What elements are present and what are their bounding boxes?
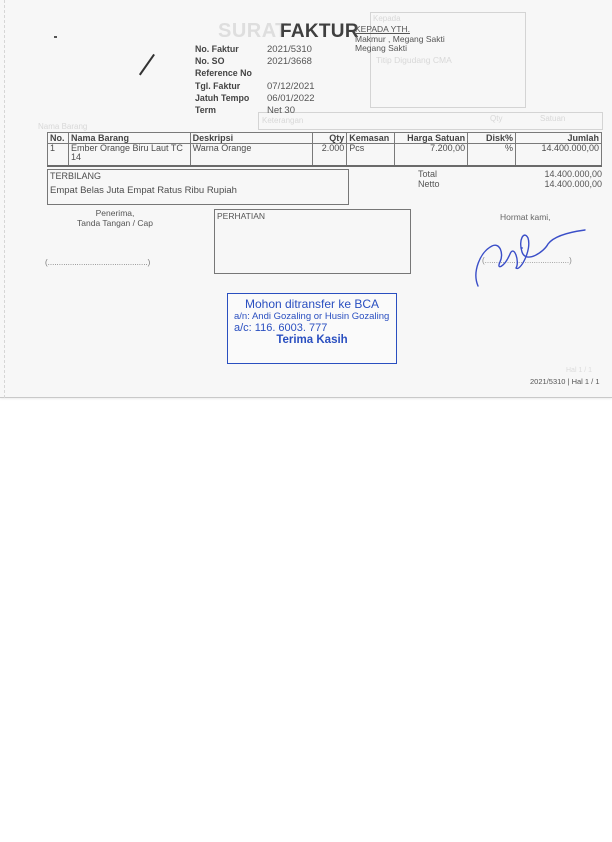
total-value: 14.400.000,00 — [544, 169, 602, 179]
cell-kemasan: Pcs — [347, 144, 395, 166]
meta-no-faktur: No. Faktur 2021/5310 — [195, 44, 315, 56]
cell-deskripsi: Warna Orange — [190, 144, 313, 166]
netto-row: Netto 14.400.000,00 — [418, 179, 602, 189]
ghost-gudang: Titip Digudang CMA — [376, 55, 452, 65]
meta-no-so: No. SO 2021/3668 — [195, 56, 315, 68]
meta-term: Term Net 30 — [195, 105, 315, 117]
col-header-jumlah: Jumlah — [516, 133, 602, 144]
col-header-qty: Qty — [313, 133, 347, 144]
stamp-account-name: a/n: Andi Gozaling or Husin Gozaling — [228, 311, 396, 322]
meta-value: Net 30 — [267, 105, 295, 117]
netto-label: Netto — [418, 179, 440, 189]
paper-edge — [4, 0, 5, 398]
total-row: Total 14.400.000,00 — [418, 169, 602, 179]
terbilang-words: Empat Belas Juta Empat Ratus Ribu Rupiah — [50, 185, 346, 196]
meta-label: Jatuh Tempo — [195, 93, 262, 105]
hormat-kami-label: Hormat kami, — [500, 212, 551, 222]
stamp-line-1: Mohon ditransfer ke BCA — [228, 297, 396, 311]
col-header-nama-barang: Nama Barang — [68, 133, 190, 144]
scanned-invoice-page: SURAT Kepada Titip Digudang CMA Keterang… — [0, 0, 612, 398]
footer-page-reference: 2021/5310 | Hal 1 / 1 — [530, 377, 600, 386]
receiver-sublabel: Tanda Tangan / Cap — [50, 218, 180, 228]
recipient-block: KEPADA YTH. Makmur , Megang Sakti Megang… — [355, 25, 445, 54]
ghost-kepada: Kepada — [373, 14, 401, 23]
receiver-block: Penerima, Tanda Tangan / Cap — [50, 208, 180, 228]
col-header-disk: Disk% — [468, 133, 516, 144]
receiver-label: Penerima, — [50, 208, 180, 218]
terbilang-box: TERBILANG Empat Belas Juta Empat Ratus R… — [47, 169, 349, 205]
netto-value: 14.400.000,00 — [544, 179, 602, 189]
items-table: No. Nama Barang Deskripsi Qty Kemasan Ha… — [47, 132, 602, 167]
invoice-meta: No. Faktur 2021/5310 No. SO 2021/3668 Re… — [195, 44, 315, 117]
cell-qty: 2.000 — [313, 144, 347, 166]
meta-value: 07/12/2021 — [267, 81, 315, 93]
receiver-signature-line: (.......................................… — [45, 258, 150, 267]
meta-label: No. SO — [195, 56, 262, 68]
col-header-kemasan: Kemasan — [347, 133, 395, 144]
cell-harga-satuan: 7.200,00 — [395, 144, 468, 166]
meta-reference-no: Reference No — [195, 68, 315, 80]
cell-jumlah: 14.400.000,00 — [516, 144, 602, 166]
meta-label: No. Faktur — [195, 44, 262, 56]
ghost-satuan: Satuan — [540, 114, 565, 123]
cell-nama-barang: Ember Orange Biru Laut TC 14 — [68, 144, 190, 166]
col-header-no: No. — [48, 133, 69, 144]
cell-disk: % — [468, 144, 516, 166]
terbilang-label: TERBILANG — [50, 171, 346, 181]
pen-stroke — [139, 54, 155, 75]
col-header-deskripsi: Deskripsi — [190, 133, 313, 144]
bank-transfer-stamp: Mohon ditransfer ke BCA a/n: Andi Gozali… — [227, 293, 397, 364]
meta-tgl-faktur: Tgl. Faktur 07/12/2021 — [195, 81, 315, 93]
recipient-line: Megang Sakti — [355, 44, 445, 54]
meta-label: Term — [195, 105, 262, 117]
table-header-row: No. Nama Barang Deskripsi Qty Kemasan Ha… — [48, 133, 602, 144]
meta-label: Reference No — [195, 68, 262, 80]
cell-no: 1 — [48, 144, 69, 166]
ghost-qty: Qty — [490, 114, 502, 123]
ghost-keterangan: Keterangan — [262, 116, 303, 125]
meta-jatuh-tempo: Jatuh Tempo 06/01/2022 — [195, 93, 315, 105]
stamp-thanks: Terima Kasih — [228, 334, 396, 347]
ink-dot — [54, 36, 57, 38]
stamp-account-number: a/c: 116. 6003. 777 — [228, 322, 396, 334]
perhatian-box: PERHATIAN — [214, 209, 411, 274]
col-header-harga-satuan: Harga Satuan — [395, 133, 468, 144]
handwritten-signature — [470, 222, 590, 292]
meta-value: 06/01/2022 — [267, 93, 315, 105]
total-label: Total — [418, 169, 437, 179]
perhatian-label: PERHATIAN — [217, 211, 408, 221]
ghost-nama-barang: Nama Barang — [38, 122, 87, 131]
ghost-title: SURAT — [218, 20, 288, 43]
meta-value: 2021/3668 — [267, 56, 312, 68]
meta-value: 2021/5310 — [267, 44, 312, 56]
document-title: FAKTUR — [280, 21, 359, 43]
table-row: 1 Ember Orange Biru Laut TC 14 Warna Ora… — [48, 144, 602, 166]
meta-label: Tgl. Faktur — [195, 81, 262, 93]
totals-block: Total 14.400.000,00 Netto 14.400.000,00 — [418, 169, 602, 189]
ghost-page-number: Hal 1 / 1 — [566, 367, 592, 374]
